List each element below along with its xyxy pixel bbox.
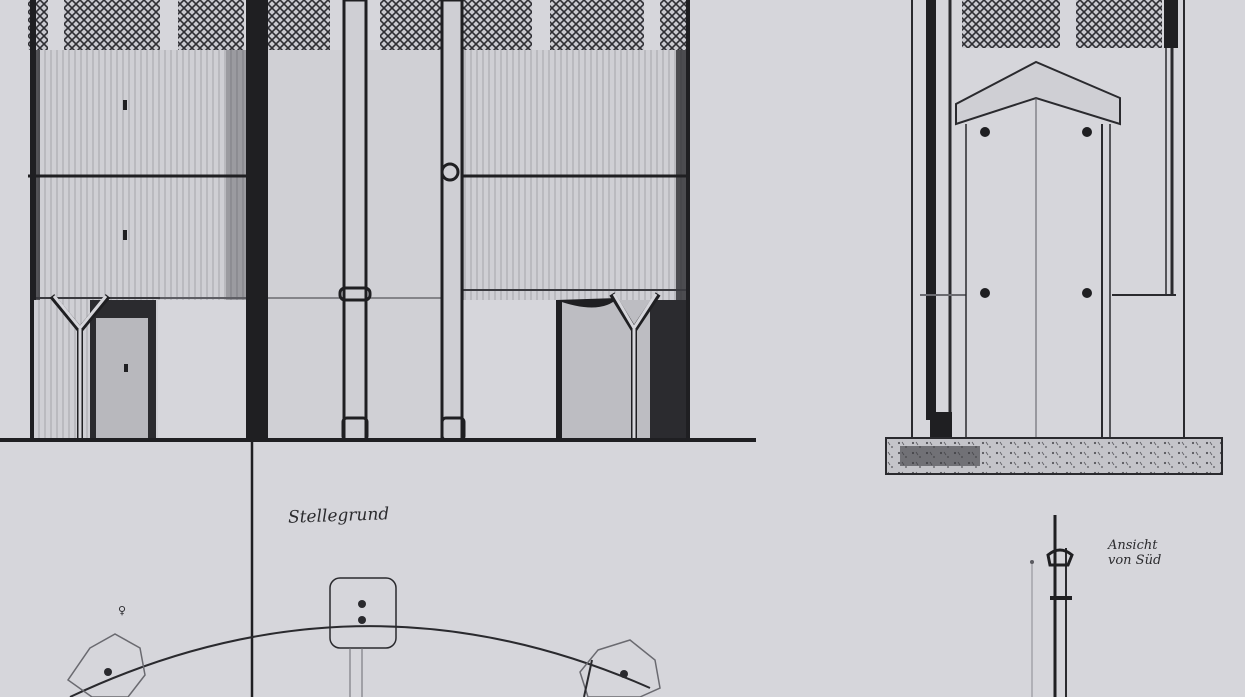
lower-right-opening bbox=[556, 294, 686, 440]
rivet bbox=[1082, 127, 1092, 137]
side-elevation bbox=[886, 0, 1222, 474]
right-cylinder bbox=[446, 50, 688, 300]
wall-panel bbox=[268, 50, 342, 440]
side-view-label-line2: von Süd bbox=[1108, 553, 1208, 568]
rivet bbox=[980, 127, 990, 137]
drawing-sheet: ♀ bbox=[0, 0, 1245, 697]
dark-column bbox=[246, 0, 268, 440]
wall-panel bbox=[368, 50, 442, 440]
drain-pipe bbox=[340, 0, 370, 440]
left-cylinder bbox=[28, 50, 248, 300]
post-detail bbox=[1030, 515, 1072, 697]
lower-left-opening bbox=[34, 296, 158, 440]
rivet bbox=[980, 288, 990, 298]
svg-text:♀: ♀ bbox=[118, 604, 126, 617]
plan-view: ♀ bbox=[68, 440, 660, 697]
drain-pipe bbox=[442, 0, 464, 440]
plan-label: Stellegrund bbox=[288, 504, 390, 528]
rivet bbox=[1082, 288, 1092, 298]
side-view-label: Ansicht von Süd bbox=[1108, 538, 1208, 568]
front-elevation bbox=[0, 0, 756, 440]
side-view-label-line1: Ansicht bbox=[1108, 538, 1208, 553]
